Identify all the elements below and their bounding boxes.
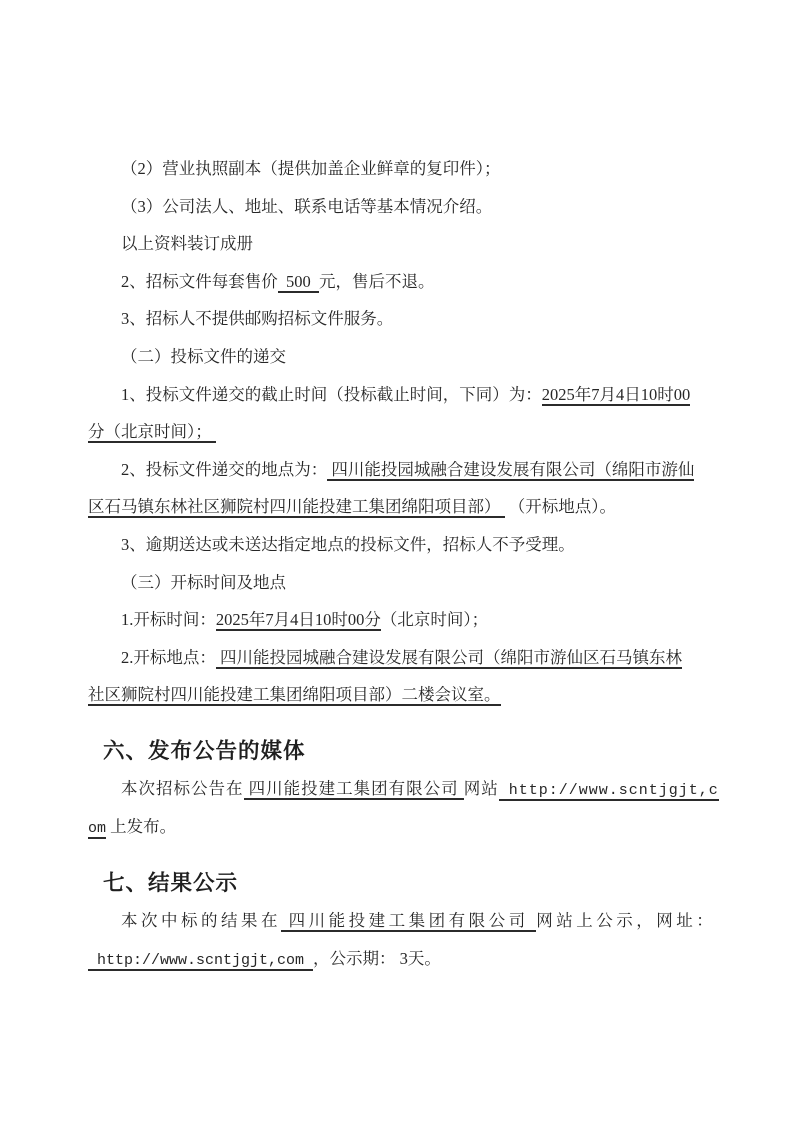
price-value-underlined: 500 bbox=[278, 272, 319, 293]
section-seven-heading: 七、结果公示 bbox=[103, 864, 701, 902]
text-line-no-mail-order: 3、招标人不提供邮购招标文件服务。 bbox=[88, 300, 701, 338]
deadline-datetime-underlined: 2025年7月4日10时00 bbox=[542, 385, 691, 406]
line-text: 3、招标人不提供邮购招标文件服务。 bbox=[121, 309, 393, 328]
subsection-two-title: （二）投标文件的递交 bbox=[88, 338, 701, 376]
line-text: 本次中标的结果在 bbox=[121, 911, 281, 930]
submission-address-underlined: 四川能投园城融合建设发展有限公司（绵阳市游仙 bbox=[327, 460, 694, 481]
opening-time-underlined: 2025年7月4日10时00分 bbox=[216, 610, 381, 631]
document-page: （2）营业执照副本（提供加盖企业鲜章的复印件）； （3）公司法人、地址、联系电话… bbox=[0, 0, 793, 1121]
website-url-underlined: http://www.scntjgjt,c bbox=[499, 782, 719, 801]
result-url-underlined: http://www.scntjgjt,com bbox=[88, 952, 313, 971]
company-name-underlined: 四川能投建工集团有限公司 bbox=[281, 911, 536, 932]
line-text: 网站 bbox=[464, 779, 499, 798]
text-line-business-license: （2）营业执照副本（提供加盖企业鲜章的复印件）； bbox=[88, 150, 701, 188]
heading-text: 七、结果公示 bbox=[103, 871, 238, 895]
line-text: （北京时间）； bbox=[381, 610, 488, 629]
section-six-heading: 六、发布公告的媒体 bbox=[103, 732, 701, 770]
line-text: （2）营业执照副本（提供加盖企业鲜章的复印件）； bbox=[121, 159, 501, 178]
website-url-underlined-cont: om bbox=[88, 820, 106, 839]
line-text: （开标地点）。 bbox=[505, 497, 616, 516]
text-line-company-basics: （3）公司法人、地址、联系电话等基本情况介绍。 bbox=[88, 188, 701, 226]
text-line-result-publicity: 本次中标的结果在 四川能投建工集团有限公司 网站上公示，网址： bbox=[88, 902, 701, 940]
opening-address-underlined-cont: 社区狮院村四川能投建工集团绵阳项目部）二楼会议室。 bbox=[88, 685, 501, 706]
text-line-announcement-media: 本次招标公告在 四川能投建工集团有限公司 网站 http://www.scntj… bbox=[88, 770, 701, 808]
line-text: 1.开标时间： bbox=[121, 610, 216, 629]
text-line-result-publicity-cont: http://www.scntjgjt,com ，公示期： 3天。 bbox=[88, 940, 701, 978]
line-text: 本次招标公告在 bbox=[121, 779, 244, 798]
line-text: （二）投标文件的递交 bbox=[121, 347, 286, 366]
text-line-document-price: 2、招标文件每套售价 500 元，售后不退。 bbox=[88, 263, 701, 301]
line-text: 以上资料装订成册 bbox=[121, 234, 253, 253]
line-text: 2、投标文件递交的地点为： bbox=[121, 460, 327, 479]
line-text: 2、招标文件每套售价 bbox=[121, 272, 278, 291]
line-text: 元，售后不退。 bbox=[319, 272, 435, 291]
line-text: ，公示期： 3天。 bbox=[313, 949, 441, 968]
line-text: 网站上公示，网址： bbox=[536, 911, 716, 930]
submission-address-underlined-cont: 区石马镇东林社区狮院村四川能投建工集团绵阳项目部） bbox=[88, 497, 505, 518]
text-line-announcement-media-cont: om 上发布。 bbox=[88, 808, 701, 846]
line-text: 3、逾期送达或未送达指定地点的投标文件，招标人不予受理。 bbox=[121, 535, 575, 554]
line-text: 1、投标文件递交的截止时间（投标截止时间，下同）为： bbox=[121, 385, 542, 404]
line-text: （三）开标时间及地点 bbox=[121, 573, 286, 592]
text-line-opening-time: 1.开标时间：2025年7月4日10时00分（北京时间）； bbox=[88, 601, 701, 639]
subsection-three-title: （三）开标时间及地点 bbox=[88, 564, 701, 602]
text-line-opening-address-cont: 社区狮院村四川能投建工集团绵阳项目部）二楼会议室。 bbox=[88, 676, 701, 714]
text-line-submission-deadline: 1、投标文件递交的截止时间（投标截止时间，下同）为：2025年7月4日10时00 bbox=[88, 376, 701, 414]
text-line-bound-booklet: 以上资料装订成册 bbox=[88, 225, 701, 263]
line-text: （3）公司法人、地址、联系电话等基本情况介绍。 bbox=[121, 197, 492, 216]
line-text: 2.开标地点： bbox=[121, 648, 216, 667]
heading-text: 六、发布公告的媒体 bbox=[103, 739, 306, 763]
company-name-underlined: 四川能投建工集团有限公司 bbox=[244, 779, 464, 800]
text-line-late-delivery: 3、逾期送达或未送达指定地点的投标文件，招标人不予受理。 bbox=[88, 526, 701, 564]
text-line-submission-address: 2、投标文件递交的地点为： 四川能投园城融合建设发展有限公司（绵阳市游仙 bbox=[88, 451, 701, 489]
text-line-opening-address: 2.开标地点： 四川能投园城融合建设发展有限公司（绵阳市游仙区石马镇东林 bbox=[88, 639, 701, 677]
text-line-submission-deadline-cont: 分（北京时间）； bbox=[88, 413, 701, 451]
line-text: 上发布。 bbox=[106, 817, 176, 836]
deadline-datetime-underlined-cont: 分（北京时间）； bbox=[88, 422, 216, 443]
document-content: （2）营业执照副本（提供加盖企业鲜章的复印件）； （3）公司法人、地址、联系电话… bbox=[88, 0, 701, 977]
opening-address-underlined: 四川能投园城融合建设发展有限公司（绵阳市游仙区石马镇东林 bbox=[216, 648, 682, 669]
text-line-submission-address-cont: 区石马镇东林社区狮院村四川能投建工集团绵阳项目部） （开标地点）。 bbox=[88, 488, 701, 526]
